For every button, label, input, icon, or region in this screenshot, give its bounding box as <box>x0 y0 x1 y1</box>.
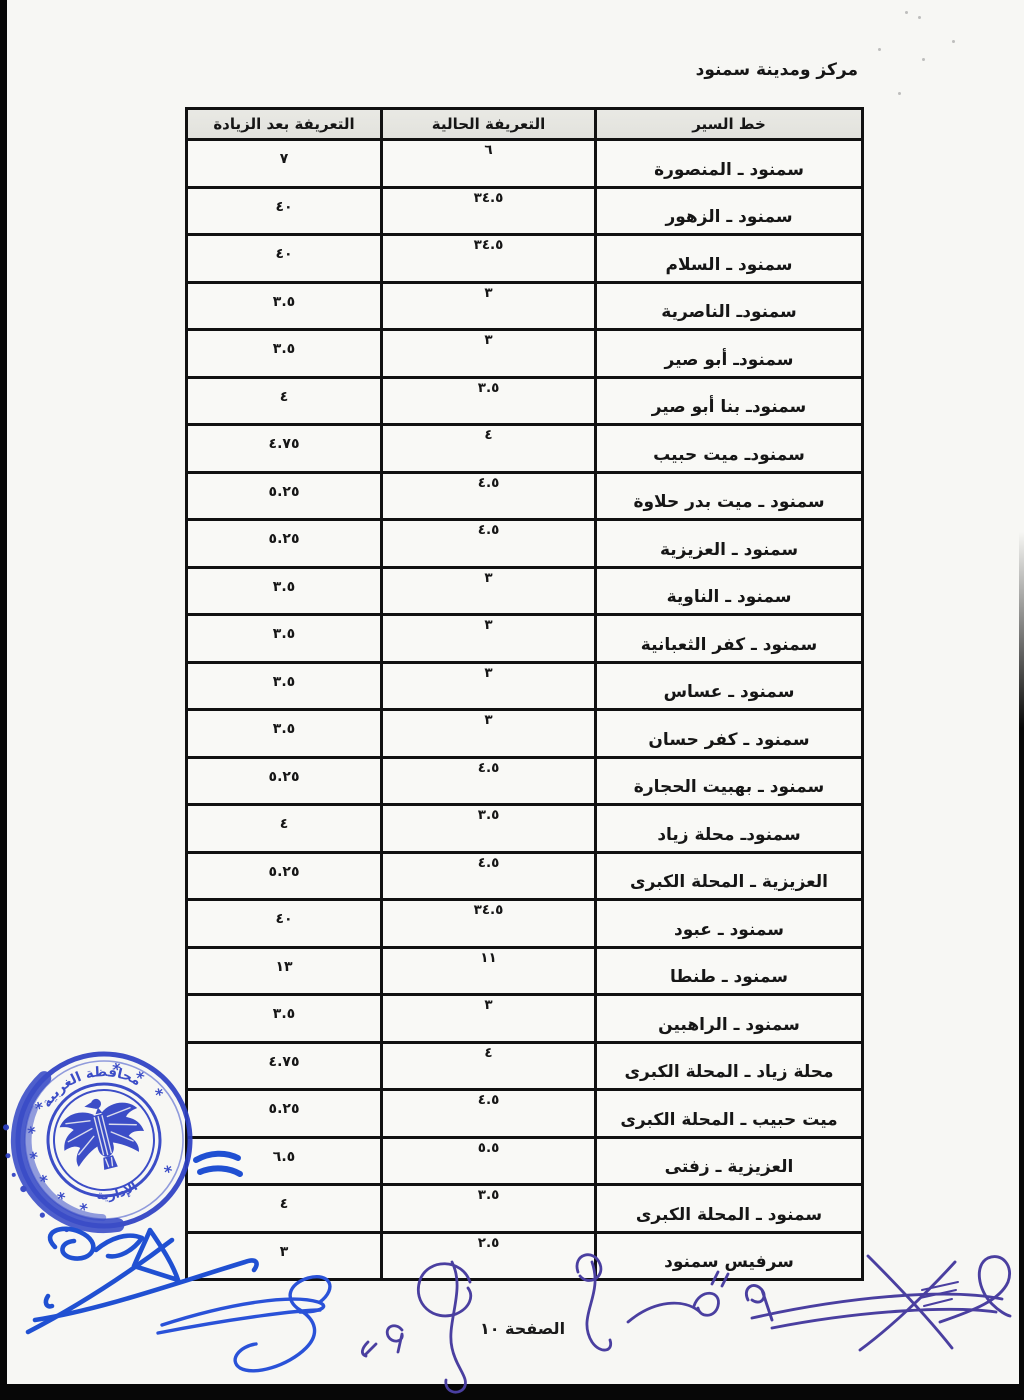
route-name: العزيزية ـ المحلة الكبرى <box>630 872 828 892</box>
route-name: سمنود ـ كفر الثعبانية <box>641 635 817 655</box>
official-stamp: ** ** ** ** ** محافظة الغربية الإدارية <box>0 1036 208 1248</box>
fare-after-cell: ٧ <box>188 141 380 186</box>
fare-after-cell: ٤٠ <box>188 236 380 281</box>
table-row: ٣.٥٣سمنود ـ عساس <box>188 664 861 709</box>
table-row: ٣٢.٥سرفيس سمنود <box>188 1234 861 1279</box>
route-name: سمنودـ بنا أبو صير <box>652 397 807 417</box>
fare-after-value: ٥.٢٥ <box>269 484 300 500</box>
fare-current-cell: ٣.٥ <box>383 806 594 851</box>
stamp-arc-top-text: محافظة الغربية <box>33 1053 146 1113</box>
table-row: ٣.٥٣سمنودـ أبو صير <box>188 331 861 376</box>
fare-after-value: ٤٠ <box>275 911 292 927</box>
scanned-document-page: مركز ومدينة سمنود التعريفة بعد الزيادة ا… <box>0 0 1024 1400</box>
fare-current-cell: ٣ <box>383 331 594 376</box>
route-name: سمنودـ الناصرية <box>661 302 796 322</box>
fare-current-value: ٣ <box>484 285 492 301</box>
fare-after-cell: ٤.٧٥ <box>188 1044 380 1089</box>
route-cell: سمنود ـ السلام <box>597 236 861 281</box>
route-cell: سمنودـ محلة زياد <box>597 806 861 851</box>
fare-after-value: ٣.٥ <box>273 579 295 595</box>
scan-edge-left <box>0 0 7 1400</box>
route-name: سمنود ـ السلام <box>666 255 793 275</box>
route-name: سمنود ـ الزهور <box>665 207 792 227</box>
route-name: سمنودـ محلة زياد <box>657 825 800 845</box>
route-name: سمنود ـ الناوية <box>667 587 792 607</box>
fare-after-value: ٣.٥ <box>273 1006 295 1022</box>
fare-after-cell: ٣.٥ <box>188 664 380 709</box>
header-route: خط السير <box>597 110 861 138</box>
fare-current-value: ٣ <box>484 997 492 1013</box>
fare-after-value: ٤ <box>280 1196 289 1212</box>
dust-speck <box>952 40 955 43</box>
fare-after-cell: ٣.٥ <box>188 711 380 756</box>
route-name: سمنود ـ المحلة الكبرى <box>636 1205 822 1225</box>
table-row: ٧٦سمنود ـ المنصورة <box>188 141 861 186</box>
route-cell: سمنود ـ المحلة الكبرى <box>597 1186 861 1231</box>
table-row: ٥.٢٥٤.٥سمنود ـ العزيزية <box>188 521 861 566</box>
fare-current-value: ٣٤.٥ <box>474 237 504 253</box>
fare-current-value: ٦ <box>484 142 492 158</box>
route-name: سمنود ـ الراهبين <box>658 1015 800 1035</box>
fare-after-cell: ٤٠ <box>188 901 380 946</box>
fare-after-cell: ٤ <box>188 379 380 424</box>
route-cell: سمنودـ بنا أبو صير <box>597 379 861 424</box>
stamp-arc-bottom-text: الإدارية <box>93 1177 141 1206</box>
fare-current-cell: ١١ <box>383 949 594 994</box>
route-cell: سمنود ـ المنصورة <box>597 141 861 186</box>
fare-current-value: ٣ <box>484 712 492 728</box>
fare-after-value: ٣.٥ <box>273 674 295 690</box>
dust-speck <box>878 48 881 51</box>
table-row: ٣.٥٣سمنودـ الناصرية <box>188 284 861 329</box>
fare-after-value: ١٣ <box>275 959 292 975</box>
table-row: ٤٣.٥سمنودـ بنا أبو صير <box>188 379 861 424</box>
dust-speck <box>905 11 908 14</box>
fare-current-cell: ٣ <box>383 711 594 756</box>
fare-after-cell: ٥.٢٥ <box>188 521 380 566</box>
fare-after-value: ٥.٢٥ <box>269 864 300 880</box>
fare-current-value: ٣.٥ <box>478 1187 500 1203</box>
route-name: سمنود ـ كفر حسان <box>648 730 809 750</box>
fare-current-value: ٢.٥ <box>478 1235 500 1251</box>
fare-after-value: ٦.٥ <box>273 1149 295 1165</box>
fare-current-cell: ٣ <box>383 664 594 709</box>
route-cell: سمنودـ أبو صير <box>597 331 861 376</box>
fare-current-cell: ٣٤.٥ <box>383 236 594 281</box>
fare-current-value: ٣٤.٥ <box>474 902 504 918</box>
scan-edge-bottom <box>0 1384 1024 1400</box>
table-row: ٤.٧٥٤محلة زياد ـ المحلة الكبرى <box>188 1044 861 1089</box>
fare-current-value: ٣ <box>484 665 492 681</box>
route-name: سمنودـ أبو صير <box>665 350 794 370</box>
route-name: ميت حبيب ـ المحلة الكبرى <box>620 1110 837 1130</box>
table-row: ٤٣.٥سمنود ـ المحلة الكبرى <box>188 1186 861 1231</box>
fare-current-value: ٤.٥ <box>478 855 500 871</box>
document-title: مركز ومدينة سمنود <box>558 60 858 80</box>
fare-after-value: ٥.٢٥ <box>269 1101 300 1117</box>
route-name: العزيزية ـ زفتى <box>665 1157 794 1177</box>
fare-after-cell: ٥.٢٥ <box>188 854 380 899</box>
fare-current-value: ٣ <box>484 617 492 633</box>
table-row: ٤٠٣٤.٥سمنود ـ عبود <box>188 901 861 946</box>
fare-after-value: ٣.٥ <box>273 294 295 310</box>
route-name: سمنود ـ بهبيت الحجارة <box>634 777 824 797</box>
fare-after-value: ٥.٢٥ <box>269 531 300 547</box>
fare-current-value: ٤.٥ <box>478 522 500 538</box>
fare-current-value: ٣٤.٥ <box>474 190 504 206</box>
route-name: سمنود ـ ميت بدر حلاوة <box>633 492 824 512</box>
fare-after-cell: ٣.٥ <box>188 616 380 661</box>
fare-after-value: ٤.٧٥ <box>269 1054 300 1070</box>
header-fare-after: التعريفة بعد الزيادة <box>188 110 380 138</box>
fare-current-cell: ٣٤.٥ <box>383 189 594 234</box>
table-row: ١٣١١سمنود ـ طنطا <box>188 949 861 994</box>
svg-text:*: * <box>38 1171 51 1192</box>
fare-current-cell: ٤.٥ <box>383 854 594 899</box>
fare-after-cell: ٣ <box>188 1234 380 1279</box>
fare-current-cell: ٤.٥ <box>383 759 594 804</box>
fare-after-cell: ٣.٥ <box>188 284 380 329</box>
fare-current-cell: ٤.٥ <box>383 474 594 519</box>
route-cell: سمنودـ ميت حبيب <box>597 426 861 471</box>
table-row: ٣.٥٣سمنود ـ كفر حسان <box>188 711 861 756</box>
table-row: ٥.٢٥٤.٥سمنود ـ بهبيت الحجارة <box>188 759 861 804</box>
route-cell: سمنودـ الناصرية <box>597 284 861 329</box>
svg-text:*: * <box>28 1148 41 1169</box>
fare-current-value: ٤.٥ <box>478 760 500 776</box>
fare-after-cell: ١٣ <box>188 949 380 994</box>
fare-current-value: ٥.٥ <box>478 1140 500 1156</box>
route-cell: ميت حبيب ـ المحلة الكبرى <box>597 1091 861 1136</box>
fare-after-value: ٤.٧٥ <box>269 436 300 452</box>
route-cell: محلة زياد ـ المحلة الكبرى <box>597 1044 861 1089</box>
fare-current-value: ٣ <box>484 570 492 586</box>
fare-current-value: ٤ <box>484 1045 492 1061</box>
fare-current-value: ٤ <box>484 427 492 443</box>
route-cell: سمنود ـ طنطا <box>597 949 861 994</box>
fare-current-cell: ٣٤.٥ <box>383 901 594 946</box>
route-cell: سمنود ـ كفر حسان <box>597 711 861 756</box>
fare-current-value: ٤.٥ <box>478 475 500 491</box>
header-fare-current: التعريفة الحالية <box>383 110 594 138</box>
route-cell: سمنود ـ عبود <box>597 901 861 946</box>
fare-current-value: ٤.٥ <box>478 1092 500 1108</box>
route-name: سمنود ـ عبود <box>674 920 784 940</box>
fare-after-value: ٧ <box>280 151 289 167</box>
stamp-star-decorations: ** ** ** ** ** <box>12 1050 189 1228</box>
svg-text:*: * <box>111 1059 124 1080</box>
svg-text:*: * <box>26 1122 39 1143</box>
route-cell: العزيزية ـ المحلة الكبرى <box>597 854 861 899</box>
table-header-row: التعريفة بعد الزيادة التعريفة الحالية خط… <box>188 110 861 138</box>
fare-after-cell: ٤ <box>188 1186 380 1231</box>
route-name: محلة زياد ـ المحلة الكبرى <box>624 1062 833 1082</box>
route-cell: سمنود ـ بهبيت الحجارة <box>597 759 861 804</box>
route-cell: سمنود ـ الزهور <box>597 189 861 234</box>
stamp-ink-blots <box>0 1116 70 1242</box>
svg-text:*: * <box>33 1098 46 1119</box>
fare-current-cell: ٣ <box>383 569 594 614</box>
route-name: سمنود ـ عساس <box>664 682 795 702</box>
fare-after-cell: ٥.٢٥ <box>188 474 380 519</box>
svg-text:*: * <box>153 1084 166 1105</box>
fare-after-value: ٤ <box>280 389 289 405</box>
route-cell: العزيزية ـ زفتى <box>597 1139 861 1184</box>
fare-current-cell: ٣ <box>383 616 594 661</box>
svg-text:*: * <box>56 1188 69 1209</box>
signature-center-left-blue <box>158 1277 330 1371</box>
fare-current-cell: ٤ <box>383 426 594 471</box>
fare-current-cell: ٤.٥ <box>383 1091 594 1136</box>
fare-after-value: ٣.٥ <box>273 341 295 357</box>
fare-current-value: ١١ <box>480 950 496 966</box>
fare-after-cell: ٤.٧٥ <box>188 426 380 471</box>
table-row: ٣.٥٣سمنود ـ الراهبين <box>188 996 861 1041</box>
table-row: ٥.٢٥٤.٥العزيزية ـ المحلة الكبرى <box>188 854 861 899</box>
fare-current-value: ٣.٥ <box>478 807 500 823</box>
fare-current-cell: ٥.٥ <box>383 1139 594 1184</box>
route-cell: سمنود ـ الناوية <box>597 569 861 614</box>
fare-after-value: ٣.٥ <box>273 626 295 642</box>
dust-speck <box>918 16 921 19</box>
scan-edge-right <box>1019 0 1024 1400</box>
fare-after-cell: ٣.٥ <box>188 996 380 1041</box>
route-cell: سرفيس سمنود <box>597 1234 861 1279</box>
fare-after-value: ٤ <box>280 816 289 832</box>
fare-after-cell: ٤ <box>188 806 380 851</box>
table-row: ٥.٢٥٤.٥ميت حبيب ـ المحلة الكبرى <box>188 1091 861 1136</box>
fare-current-cell: ٣.٥ <box>383 379 594 424</box>
svg-text:*: * <box>78 1199 91 1220</box>
fare-after-value: ٤٠ <box>275 199 292 215</box>
route-name: سمنود ـ المنصورة <box>654 160 804 180</box>
fare-after-cell: ٣.٥ <box>188 331 380 376</box>
fare-after-cell: ٥.٢٥ <box>188 759 380 804</box>
route-cell: سمنود ـ عساس <box>597 664 861 709</box>
route-name: سمنود ـ العزيزية <box>660 540 798 560</box>
route-cell: سمنود ـ الراهبين <box>597 996 861 1041</box>
fare-after-value: ٣.٥ <box>273 721 295 737</box>
fare-current-cell: ٢.٥ <box>383 1234 594 1279</box>
stamp-ink-smear <box>2 1070 117 1244</box>
table-row: ٦.٥٥.٥العزيزية ـ زفتى <box>188 1139 861 1184</box>
dust-speck <box>922 58 925 61</box>
table-row: ٤٠٣٤.٥سمنود ـ السلام <box>188 236 861 281</box>
table-row: ٥.٢٥٤.٥سمنود ـ ميت بدر حلاوة <box>188 474 861 519</box>
fare-after-cell: ٣.٥ <box>188 569 380 614</box>
fare-current-cell: ٣ <box>383 284 594 329</box>
table-row: ٤٠٣٤.٥سمنود ـ الزهور <box>188 189 861 234</box>
fare-after-value: ٥.٢٥ <box>269 769 300 785</box>
page-number-label: الصفحة ١٠ <box>450 1319 595 1338</box>
fare-current-cell: ٣ <box>383 996 594 1041</box>
route-cell: سمنود ـ كفر الثعبانية <box>597 616 861 661</box>
fare-current-cell: ٤.٥ <box>383 521 594 566</box>
fare-after-cell: ٥.٢٥ <box>188 1091 380 1136</box>
fare-after-cell: ٤٠ <box>188 189 380 234</box>
eagle-feather-lines <box>64 1107 145 1174</box>
dust-speck <box>898 92 901 95</box>
fare-table: التعريفة بعد الزيادة التعريفة الحالية خط… <box>185 107 864 1281</box>
table-row: ٤٣.٥سمنودـ محلة زياد <box>188 806 861 851</box>
route-name: سمنود ـ طنطا <box>670 967 788 987</box>
stamp-eagle-icon <box>54 1089 151 1178</box>
fare-current-value: ٣.٥ <box>478 380 500 396</box>
table-row: ٤.٧٥٤سمنودـ ميت حبيب <box>188 426 861 471</box>
fare-after-cell: ٦.٥ <box>188 1139 380 1184</box>
fare-current-value: ٣ <box>484 332 492 348</box>
route-name: سرفيس سمنود <box>664 1252 794 1272</box>
route-cell: سمنود ـ ميت بدر حلاوة <box>597 474 861 519</box>
table-row: ٣.٥٣سمنود ـ الناوية <box>188 569 861 614</box>
svg-text:*: * <box>135 1067 148 1088</box>
fare-current-cell: ٦ <box>383 141 594 186</box>
table-row: ٣.٥٣سمنود ـ كفر الثعبانية <box>188 616 861 661</box>
fare-current-cell: ٣.٥ <box>383 1186 594 1231</box>
fare-after-value: ٣ <box>280 1244 289 1260</box>
route-cell: سمنود ـ العزيزية <box>597 521 861 566</box>
fare-after-value: ٤٠ <box>275 246 292 262</box>
svg-text:*: * <box>162 1161 175 1182</box>
fare-current-cell: ٤ <box>383 1044 594 1089</box>
route-name: سمنودـ ميت حبيب <box>653 445 805 465</box>
